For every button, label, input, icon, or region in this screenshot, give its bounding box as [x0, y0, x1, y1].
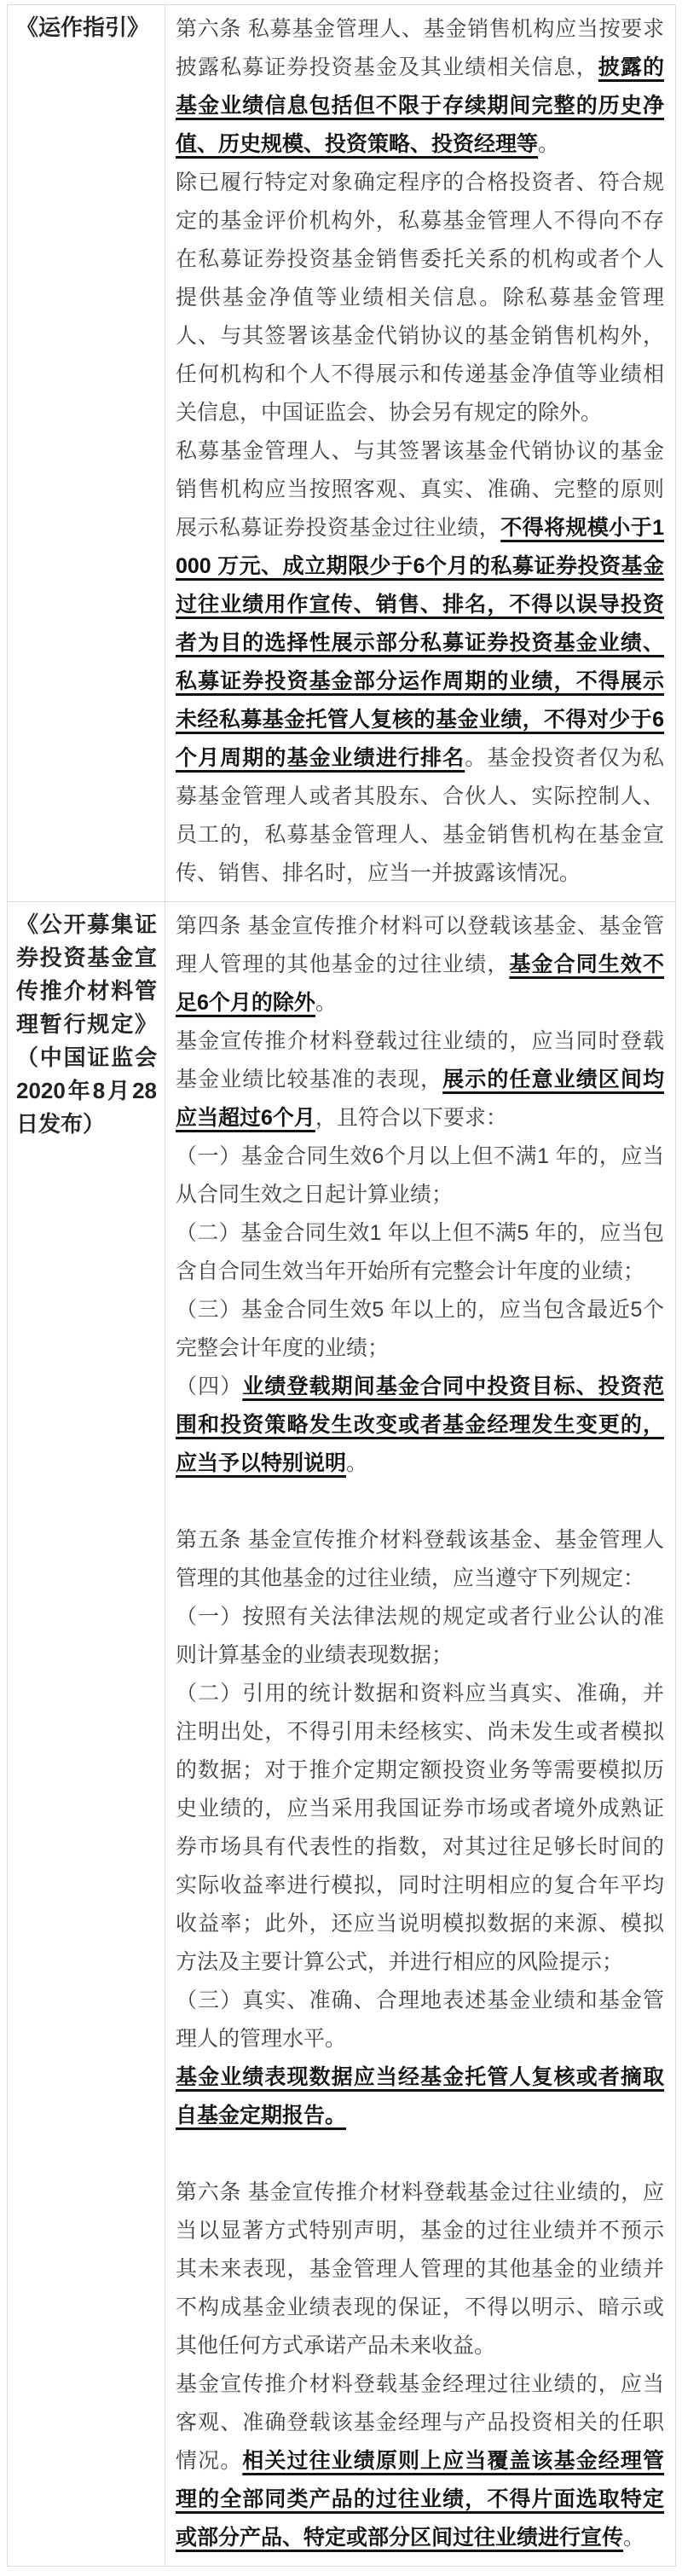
emphasis-segment: 业绩登载期间基金合同中投资目标、投资范围和投资策略发生改变或者基金经理发生变更的…	[176, 1375, 664, 1475]
source-cell: 《公开募集证券投资基金宣传推介材料管理暂行规定》（中国证监会2020年8月28日…	[8, 902, 165, 2567]
provision-paragraph: 基金业绩表现数据应当经基金托管人复核或者摘取自基金定期报告。	[176, 2058, 664, 2135]
provision-paragraph: 除已履行特定对象确定程序的合格投资者、符合规定的基金评价机构外，私募基金管理人不…	[176, 164, 664, 432]
paragraph-spacer	[176, 1483, 664, 1521]
emphasis-segment: 相关过往业绩原则上应当覆盖该基金经理管理的全部同类产品的过往业绩，不得片面选取特…	[176, 2449, 664, 2550]
provision-paragraph: 基金宣传推介材料登载过往业绩的，应当同时登载基金业绩比较基准的表现，展示的任意业…	[176, 1022, 664, 1137]
text-segment: 。	[346, 1451, 367, 1475]
provision-paragraph: 第六条 私募基金管理人、基金销售机构应当按要求披露私募证券投资基金及其业绩相关信…	[176, 10, 664, 164]
table-row: 《公开募集证券投资基金宣传推介材料管理暂行规定》（中国证监会2020年8月28日…	[8, 902, 676, 2567]
text-segment: （三）真实、准确、合理地表述基金业绩和基金管理人的管理水平。	[176, 1988, 664, 2051]
provision-paragraph: 基金宣传推介材料登载基金经理过往业绩的，应当客观、准确登载该基金经理与产品投资相…	[176, 2365, 664, 2557]
text-segment: 第五条 基金宣传推介材料登载该基金、基金管理人管理的其他基金的过往业绩，应当遵守…	[176, 1528, 664, 1590]
text-segment: （一）基金合同生效6个月以上但不满1 年的，应当从合同生效之日起计算业绩；	[176, 1144, 664, 1207]
provision-paragraph: （一）基金合同生效6个月以上但不满1 年的，应当从合同生效之日起计算业绩；	[176, 1137, 664, 1214]
provision-paragraph: （三）基金合同生效5 年以上的，应当包含最近5个完整会计年度的业绩；	[176, 1291, 664, 1368]
provision-paragraph: 私募基金管理人、与其签署该基金代销协议的基金销售机构应当按照客观、真实、准确、完…	[176, 432, 664, 893]
regulation-table: 《运作指引》第六条 私募基金管理人、基金销售机构应当按要求披露私募证券投资基金及…	[7, 4, 676, 2567]
provision-paragraph: （四）业绩登载期间基金合同中投资目标、投资范围和投资策略发生改变或者基金经理发生…	[176, 1368, 664, 1483]
provision-paragraph: 第四条 基金宣传推介材料可以登载该基金、基金管理人管理的其他基金的过往业绩，基金…	[176, 907, 664, 1022]
provision-paragraph: 第五条 基金宣传推介材料登载该基金、基金管理人管理的其他基金的过往业绩，应当遵守…	[176, 1521, 664, 1598]
document-page: 《运作指引》第六条 私募基金管理人、基金销售机构应当按要求披露私募证券投资基金及…	[0, 0, 682, 2576]
paragraph-spacer	[176, 2135, 664, 2174]
text-segment: （二）引用的统计数据和资料应当真实、准确，并注明出处，不得引用未经核实、尚未发生…	[176, 1682, 664, 1974]
provision-cell: 第四条 基金宣传推介材料可以登载该基金、基金管理人管理的其他基金的过往业绩，基金…	[165, 902, 676, 2567]
text-segment: ，且符合以下要求：	[315, 1106, 507, 1130]
text-segment: （二）基金合同生效1 年以上但不满5 年的，应当包含自合同生效当年开始所有完整会…	[176, 1221, 664, 1283]
text-segment: （一）按照有关法律法规的规定或者行业公认的准则计算基金的业绩表现数据；	[176, 1605, 664, 1667]
provision-paragraph: （三）真实、准确、合理地表述基金业绩和基金管理人的管理水平。	[176, 1982, 664, 2058]
emphasis-segment: 基金业绩表现数据应当经基金托管人复核或者摘取自基金定期报告。	[176, 2065, 664, 2127]
emphasis-segment: 不得将规模小于1000 万元、成立期限少于6个月的私募证券投资基金过往业绩用作宣…	[176, 516, 664, 770]
text-segment: 。	[538, 132, 559, 156]
text-segment: 第六条 基金宣传推介材料登载基金过往业绩的，应当以显著方式特别声明，基金的过往业…	[176, 2180, 664, 2358]
source-title: 《公开募集证券投资基金宣传推介材料管理暂行规定》（中国证监会2020年8月28日…	[16, 908, 157, 1141]
table-row: 《运作指引》第六条 私募基金管理人、基金销售机构应当按要求披露私募证券投资基金及…	[8, 5, 676, 902]
provision-paragraph: （二）引用的统计数据和资料应当真实、准确，并注明出处，不得引用未经核实、尚未发生…	[176, 1675, 664, 1982]
text-segment: （四）	[176, 1375, 242, 1398]
text-segment: （三）基金合同生效5 年以上的，应当包含最近5个完整会计年度的业绩；	[176, 1298, 664, 1360]
provision-paragraph: （一）按照有关法律法规的规定或者行业公认的准则计算基金的业绩表现数据；	[176, 1598, 664, 1675]
text-segment: 第六条 私募基金管理人、基金销售机构应当按要求披露私募证券投资基金及其业绩相关信…	[176, 17, 664, 79]
source-cell: 《运作指引》	[8, 5, 165, 902]
text-segment: 。	[315, 991, 337, 1015]
text-segment: 。	[623, 2526, 644, 2550]
text-segment: 除已履行特定对象确定程序的合格投资者、符合规定的基金评价机构外，私募基金管理人不…	[176, 171, 664, 425]
source-title: 《运作指引》	[16, 11, 157, 44]
provision-paragraph: （二）基金合同生效1 年以上但不满5 年的，应当包含自合同生效当年开始所有完整会…	[176, 1214, 664, 1291]
provision-paragraph: 第六条 基金宣传推介材料登载基金过往业绩的，应当以显著方式特别声明，基金的过往业…	[176, 2174, 664, 2365]
provision-cell: 第六条 私募基金管理人、基金销售机构应当按要求披露私募证券投资基金及其业绩相关信…	[165, 5, 676, 902]
